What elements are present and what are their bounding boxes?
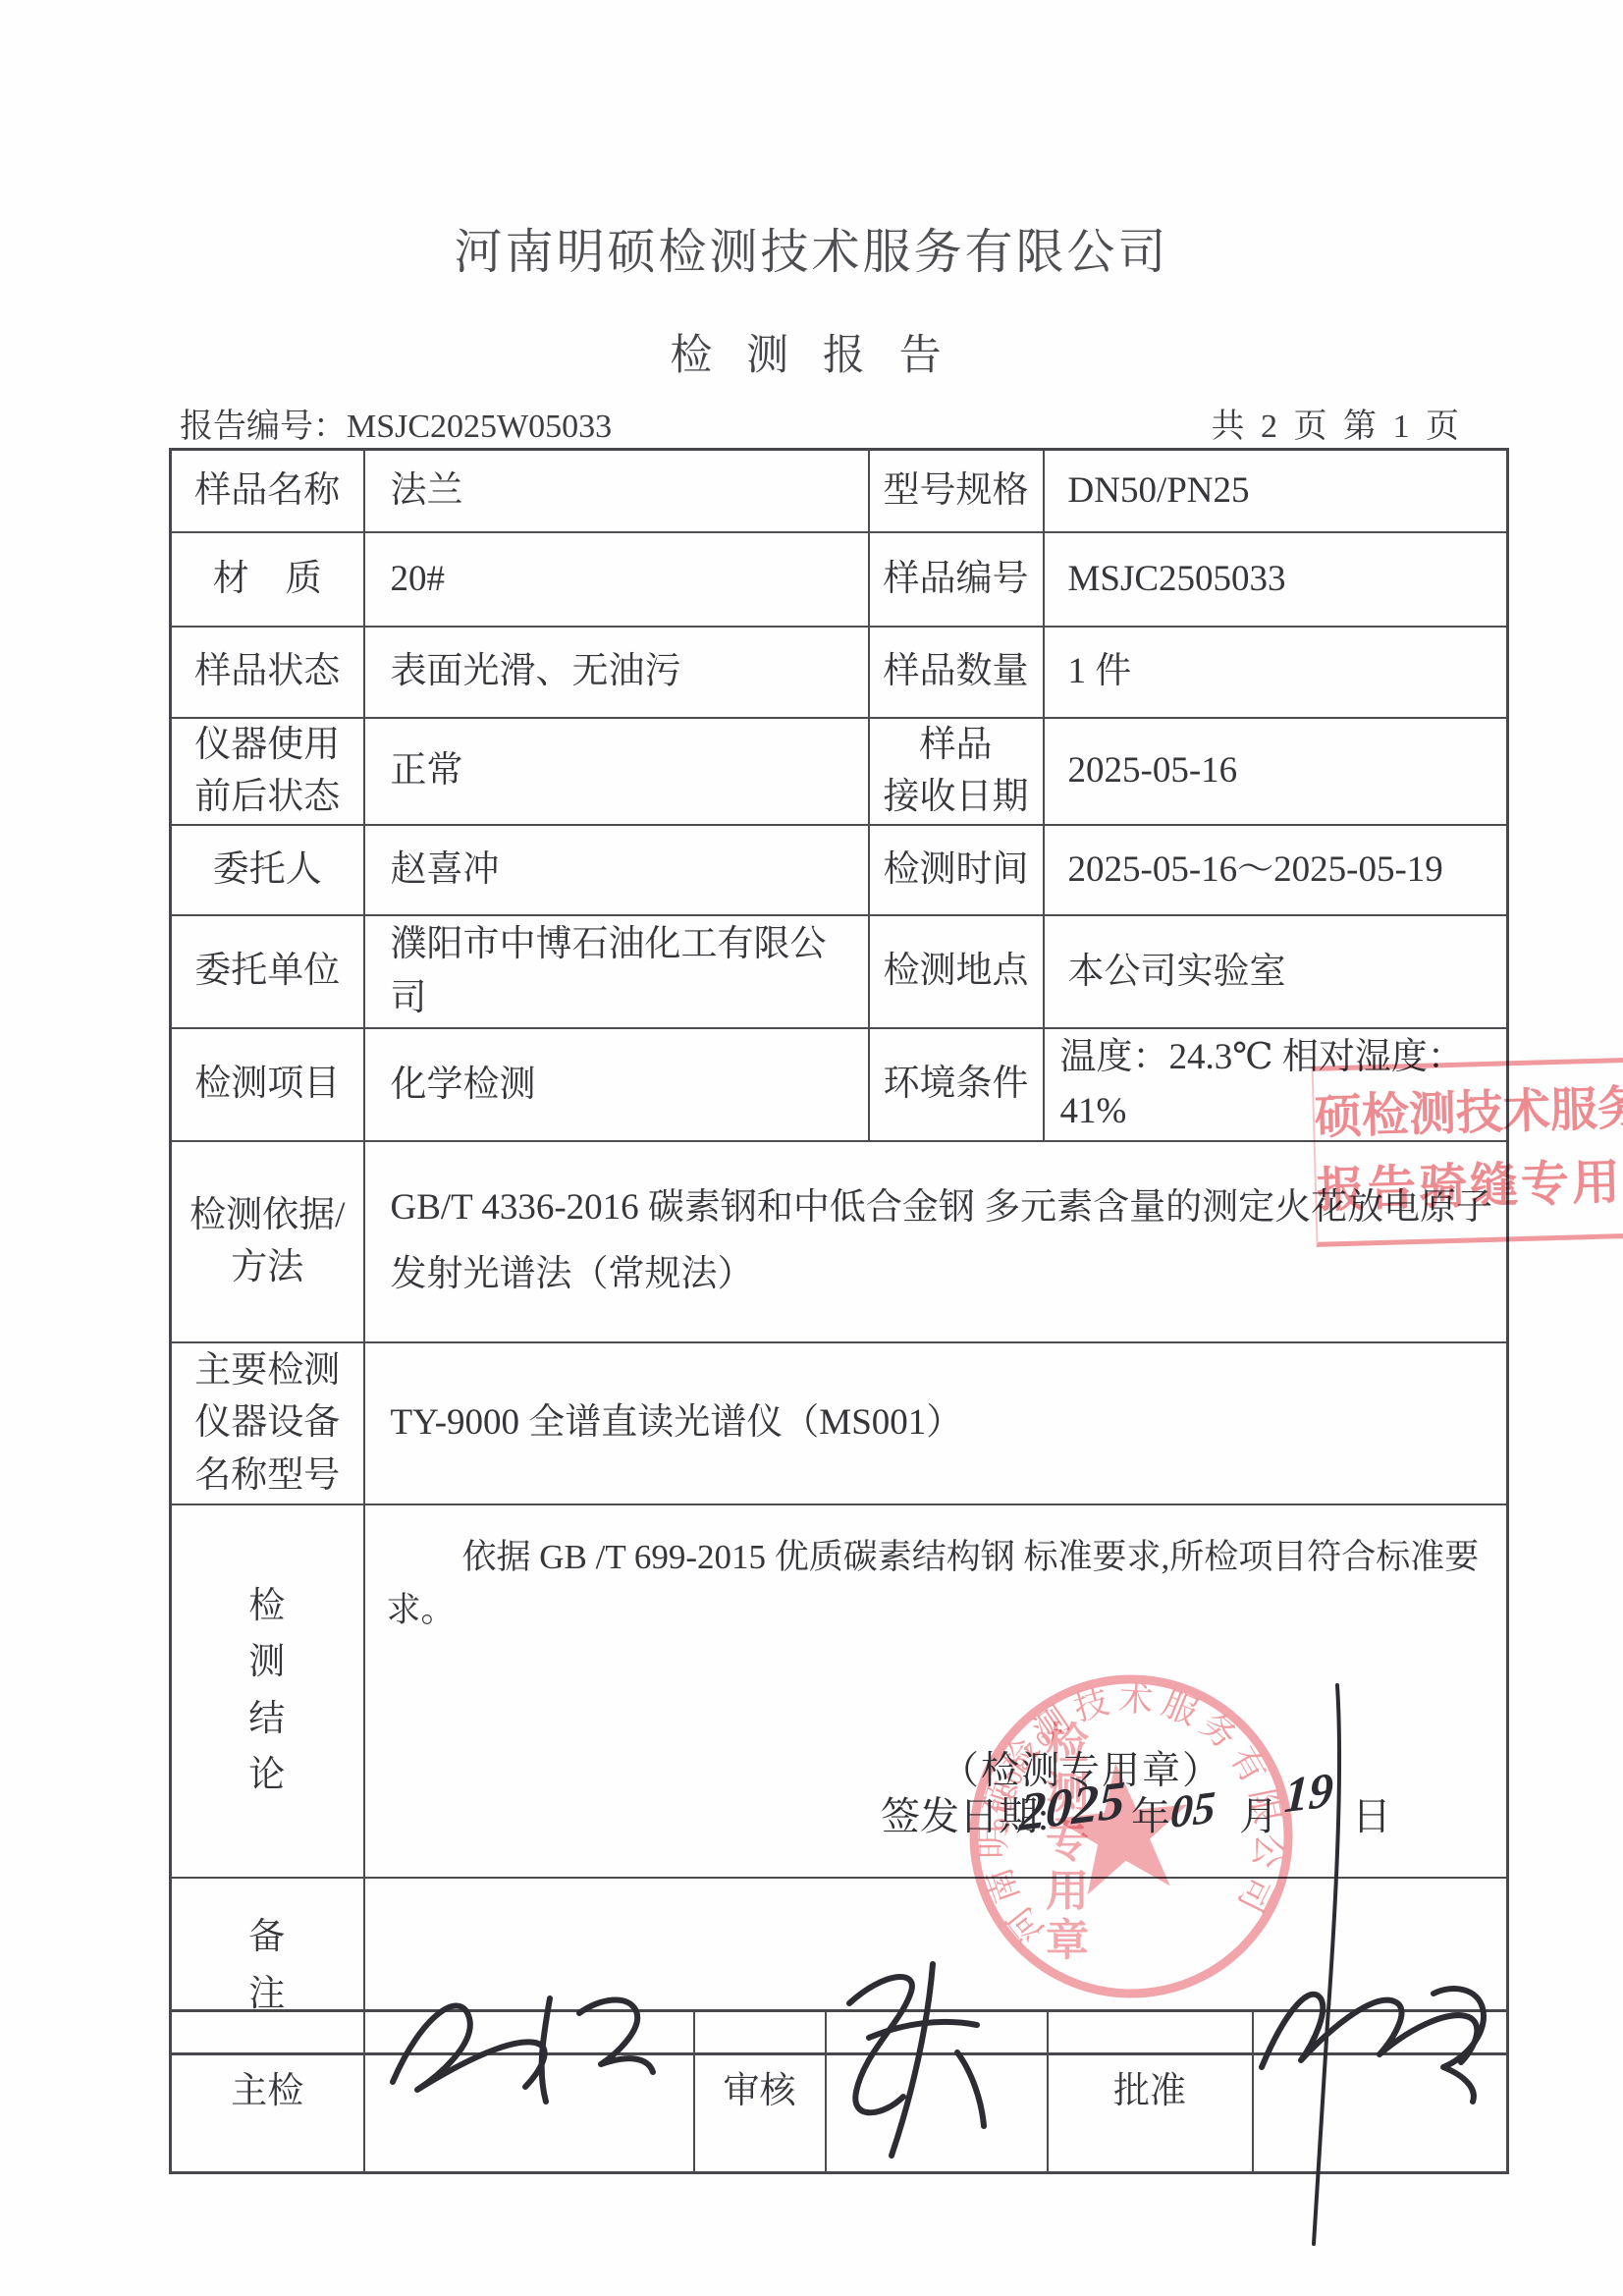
company-name: 河南明硕检测技术服务有限公司 <box>0 214 1623 283</box>
sample-name-label: 样品名称 <box>171 450 364 532</box>
sample-no-value: MSJC2505033 <box>1044 532 1508 627</box>
client-org-value: 濮阳市中博石油化工有限公司 <box>364 915 869 1028</box>
table-row: 样品名称 法兰 型号规格 DN50/PN25 <box>171 450 1508 532</box>
receive-date-value: 2025-05-16 <box>1044 718 1508 825</box>
approver-signature-cell <box>1253 2011 1508 2173</box>
model-spec-value: DN50/PN25 <box>1044 450 1508 532</box>
main-instrument-label: 主要检测 仪器设备 名称型号 <box>171 1342 364 1504</box>
table-row: 检测项目 化学检测 环境条件 温度：24.3℃ 相对湿度：41% <box>171 1028 1508 1141</box>
client-org-label: 委托单位 <box>171 915 364 1028</box>
sample-state-value: 表面光滑、无油污 <box>364 627 869 718</box>
test-place-label: 检测地点 <box>869 915 1044 1028</box>
handwritten-month: 05 <box>1169 1780 1217 1838</box>
method-label: 检测依据/ 方法 <box>171 1141 364 1342</box>
issue-month-char: 月 <box>1239 1785 1278 1841</box>
table-row: 检 测 结 论 依据 GB /T 699-2015 优质碳素结构钢 标准要求,所… <box>171 1504 1508 1878</box>
env-condition-label: 环境条件 <box>869 1028 1044 1141</box>
conclusion-text: 依据 GB /T 699-2015 优质碳素结构钢 标准要求,所检项目符合标准要… <box>387 1531 1495 1638</box>
test-place-value: 本公司实验室 <box>1044 915 1508 1028</box>
table-row: 委托单位 濮阳市中博石油化工有限公司 检测地点 本公司实验室 <box>171 915 1508 1028</box>
sample-qty-value: 1 件 <box>1044 627 1508 718</box>
handwritten-day: 19 <box>1283 1761 1335 1825</box>
table-row: 主要检测 仪器设备 名称型号 TY-9000 全谱直读光谱仪（MS001） <box>171 1342 1508 1504</box>
table-row: 样品状态 表面光滑、无油污 样品数量 1 件 <box>171 627 1508 718</box>
test-item-label: 检测项目 <box>171 1028 364 1141</box>
signature-table: 主检 审核 批准 <box>169 2009 1509 2174</box>
report-page: 河南明硕检测技术服务有限公司 检 测 报 告 报告编号：MSJC2025W050… <box>0 0 1623 2296</box>
sample-name-value: 法兰 <box>364 450 869 532</box>
receive-date-label: 样品 接收日期 <box>869 718 1044 825</box>
sample-qty-label: 样品数量 <box>869 627 1044 718</box>
report-number-label: 报告编号： <box>180 409 347 445</box>
issue-year-char: 年 <box>1131 1785 1170 1841</box>
client-person-label: 委托人 <box>171 825 364 915</box>
edge-seal-line2: 报告骑缝专用 <box>1316 1141 1623 1222</box>
test-item-value: 化学检测 <box>364 1028 869 1141</box>
edge-seal-line1: 硕检测技术服务有限 <box>1314 1067 1623 1147</box>
reviewer-signature-cell <box>826 2011 1048 2173</box>
issue-day-char: 日 <box>1352 1785 1391 1841</box>
main-instrument-value: TY-9000 全谱直读光谱仪（MS001） <box>364 1342 1508 1504</box>
table-row: 仪器使用 前后状态 正常 样品 接收日期 2025-05-16 <box>171 718 1508 825</box>
report-number-value: MSJC2025W05033 <box>347 409 612 445</box>
chief-inspector-label: 主检 <box>171 2011 364 2173</box>
reviewer-label: 审核 <box>694 2011 826 2173</box>
edge-paging-seal: 硕检测技术服务有限 报告骑缝专用 <box>1312 1055 1623 1247</box>
conclusion-label: 检 测 结 论 <box>171 1504 364 1878</box>
test-time-label: 检测时间 <box>869 825 1044 915</box>
instrument-state-value: 正常 <box>364 718 869 825</box>
table-row: 材 质 20# 样品编号 MSJC2505033 <box>171 532 1508 627</box>
material-value: 20# <box>364 532 869 627</box>
test-time-value: 2025-05-16～2025-05-19 <box>1044 825 1508 915</box>
model-spec-label: 型号规格 <box>869 450 1044 532</box>
page-count-info: 共 2 页 第 1 页 <box>1212 399 1464 447</box>
material-label: 材 质 <box>171 532 364 627</box>
report-number-line: 报告编号：MSJC2025W05033 <box>180 399 612 447</box>
client-person-value: 赵喜冲 <box>364 825 869 915</box>
table-row: 检测依据/ 方法 GB/T 4336-2016 碳素钢和中低合金钢 多元素含量的… <box>171 1141 1508 1342</box>
approver-label: 批准 <box>1048 2011 1253 2173</box>
sample-state-label: 样品状态 <box>171 627 364 718</box>
table-row: 委托人 赵喜冲 检测时间 2025-05-16～2025-05-19 <box>171 825 1508 915</box>
document-title: 检 测 报 告 <box>0 322 1623 382</box>
sample-no-label: 样品编号 <box>869 532 1044 627</box>
chief-inspector-signature-cell <box>364 2011 694 2173</box>
instrument-state-label: 仪器使用 前后状态 <box>171 718 364 825</box>
signature-row: 主检 审核 批准 <box>171 2011 1508 2173</box>
